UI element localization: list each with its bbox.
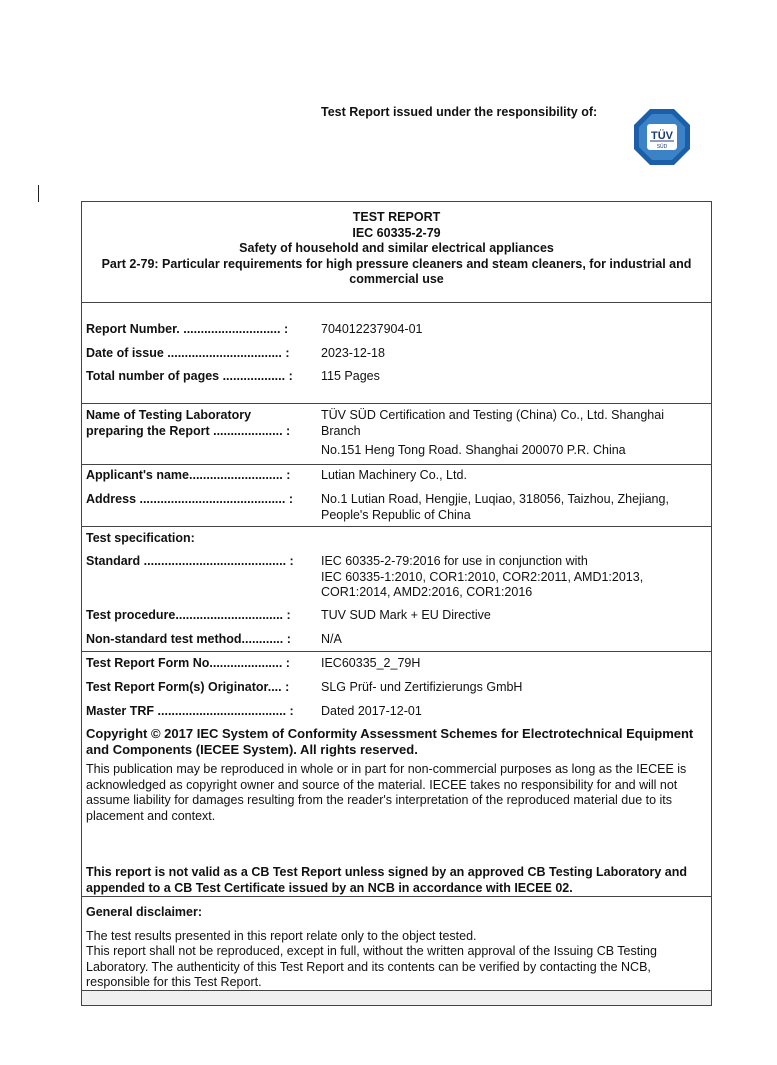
nonstandard-method-label: Non-standard test method............ : (86, 632, 311, 648)
date-of-issue-label: Date of issue ..........................… (86, 346, 311, 362)
trf-originator-value: SLG Prüf- und Zertifizierungs GmbH (321, 680, 707, 696)
nonstandard-method-value: N/A (321, 632, 707, 648)
disclaimer-heading: General disclaimer: (86, 905, 705, 921)
copyright-body: This publication may be reproduced in wh… (86, 762, 705, 824)
footer-band (82, 991, 711, 1005)
logo-tuv-text: TÜV (651, 129, 674, 142)
divider (82, 464, 711, 465)
cb-validity-notice: This report is not valid as a CB Test Re… (86, 865, 705, 896)
logo-sud-text: SÜD (657, 143, 668, 150)
master-trf-label: Master TRF .............................… (86, 704, 311, 720)
trf-form-no-value: IEC60335_2_79H (321, 656, 707, 672)
trf-form-no-label: Test Report Form No.....................… (86, 656, 311, 672)
standard-line1: IEC 60335-2-79:2016 for use in conjuncti… (321, 554, 707, 570)
standard-line3: COR1:2014, AMD2:2016, COR1:2016 (321, 585, 707, 601)
divider (82, 896, 711, 897)
applicant-address-label: Address ................................… (86, 492, 311, 508)
total-pages-label: Total number of pages ..................… (86, 369, 311, 385)
lab-label-line1: Name of Testing Laboratory (86, 408, 311, 424)
date-of-issue-value: 2023-12-18 (321, 346, 707, 362)
trf-originator-label: Test Report Form(s) Originator.... : (86, 680, 311, 696)
test-spec-heading: Test specification: (86, 531, 707, 547)
standard-label: Standard ...............................… (86, 554, 311, 570)
report-cover-frame: TEST REPORT IEC 60335-2-79 Safety of hou… (81, 201, 712, 1006)
total-pages-value: 115 Pages (321, 369, 707, 385)
tuv-sud-logo-icon: TÜV SÜD (633, 108, 691, 166)
test-procedure-value: TUV SUD Mark + EU Directive (321, 608, 707, 624)
lab-label-line2: preparing the Report ...................… (86, 424, 311, 440)
applicant-name-label: Applicant's name........................… (86, 468, 311, 484)
divider (82, 302, 711, 303)
divider (82, 526, 711, 527)
test-procedure-label: Test procedure..........................… (86, 608, 311, 624)
title-part: Part 2-79: Particular requirements for h… (82, 257, 711, 288)
issued-under-text: Test Report issued under the responsibil… (321, 105, 597, 119)
lab-address: No.151 Heng Tong Road. Shanghai 200070 P… (321, 443, 707, 459)
disclaimer-line1: The test results presented in this repor… (86, 929, 705, 945)
report-number-value: 704012237904-01 (321, 322, 707, 338)
applicant-address-line2: People's Republic of China (321, 508, 707, 524)
copyright-heading: Copyright © 2017 IEC System of Conformit… (86, 726, 705, 757)
lab-name-line2: Branch (321, 424, 707, 440)
text-cursor (38, 185, 39, 202)
standard-line2: IEC 60335-1:2010, COR1:2010, COR2:2011, … (321, 570, 707, 586)
report-number-label: Report Number. .........................… (86, 322, 311, 338)
title-test-report: TEST REPORT (82, 210, 711, 226)
title-block: TEST REPORT IEC 60335-2-79 Safety of hou… (82, 202, 711, 288)
disclaimer-line2: This report shall not be reproduced, exc… (86, 944, 705, 991)
lab-name-line1: TÜV SÜD Certification and Testing (China… (321, 408, 707, 424)
divider (82, 403, 711, 404)
title-safety: Safety of household and similar electric… (82, 241, 711, 257)
title-standard: IEC 60335-2-79 (82, 226, 711, 242)
applicant-name-value: Lutian Machinery Co., Ltd. (321, 468, 707, 484)
master-trf-value: Dated 2017-12-01 (321, 704, 707, 720)
divider (82, 651, 711, 652)
testing-lab-row: Name of Testing Laboratory preparing the… (86, 408, 707, 458)
applicant-address-line1: No.1 Lutian Road, Hengjie, Luqiao, 31805… (321, 492, 707, 508)
